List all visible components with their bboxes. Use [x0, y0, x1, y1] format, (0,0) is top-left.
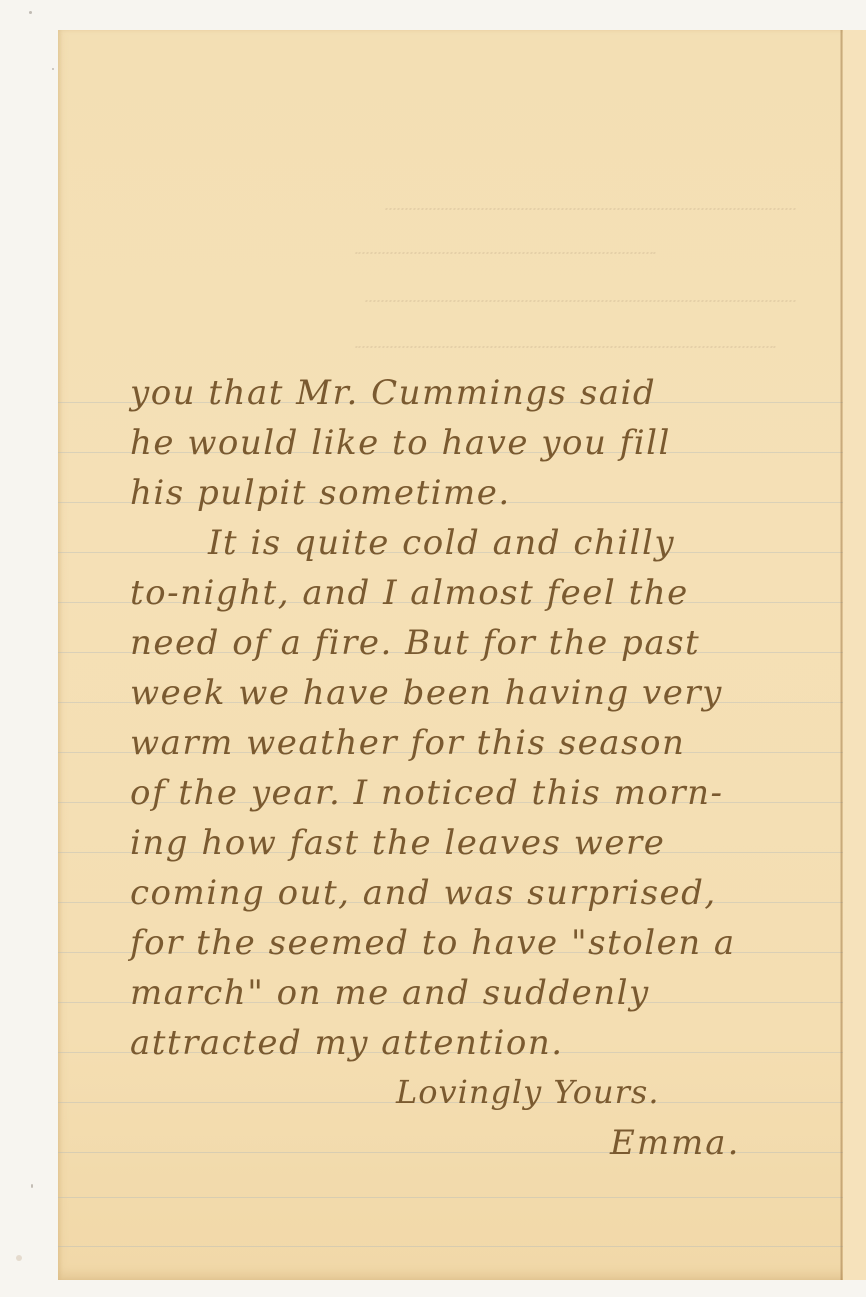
letter-line: It is quite cold and chilly	[208, 523, 675, 563]
letter-page: you that Mr. Cummings said he would like…	[58, 30, 866, 1280]
scan-speck	[29, 11, 32, 14]
letter-line: attracted my attention.	[130, 1023, 564, 1063]
letter-line: to-night, and I almost feel the	[130, 573, 689, 613]
letter-closing: Lovingly Yours.	[396, 1073, 660, 1111]
letter-line: of the year. I noticed this morn-	[130, 773, 724, 813]
letter-line: he would like to have you fill	[130, 423, 671, 463]
letter-body: you that Mr. Cummings said he would like…	[58, 30, 866, 1280]
letter-line: ing how fast the leaves were	[130, 823, 665, 863]
letter-line: you that Mr. Cummings said	[130, 373, 656, 413]
letter-line: march" on me and suddenly	[130, 973, 650, 1013]
letter-line: his pulpit sometime.	[130, 473, 511, 513]
letter-line: coming out, and was surprised,	[130, 873, 717, 913]
letter-line: for the seemed to have "stolen a	[130, 923, 736, 963]
scan-speck	[16, 1255, 22, 1261]
letter-signature: Emma.	[610, 1123, 740, 1163]
scan-speck	[31, 1184, 33, 1188]
letter-line: warm weather for this season	[130, 723, 685, 763]
scan-speck	[52, 68, 54, 70]
letter-line: week we have been having very	[130, 673, 723, 713]
letter-line: need of a fire. But for the past	[130, 623, 700, 663]
